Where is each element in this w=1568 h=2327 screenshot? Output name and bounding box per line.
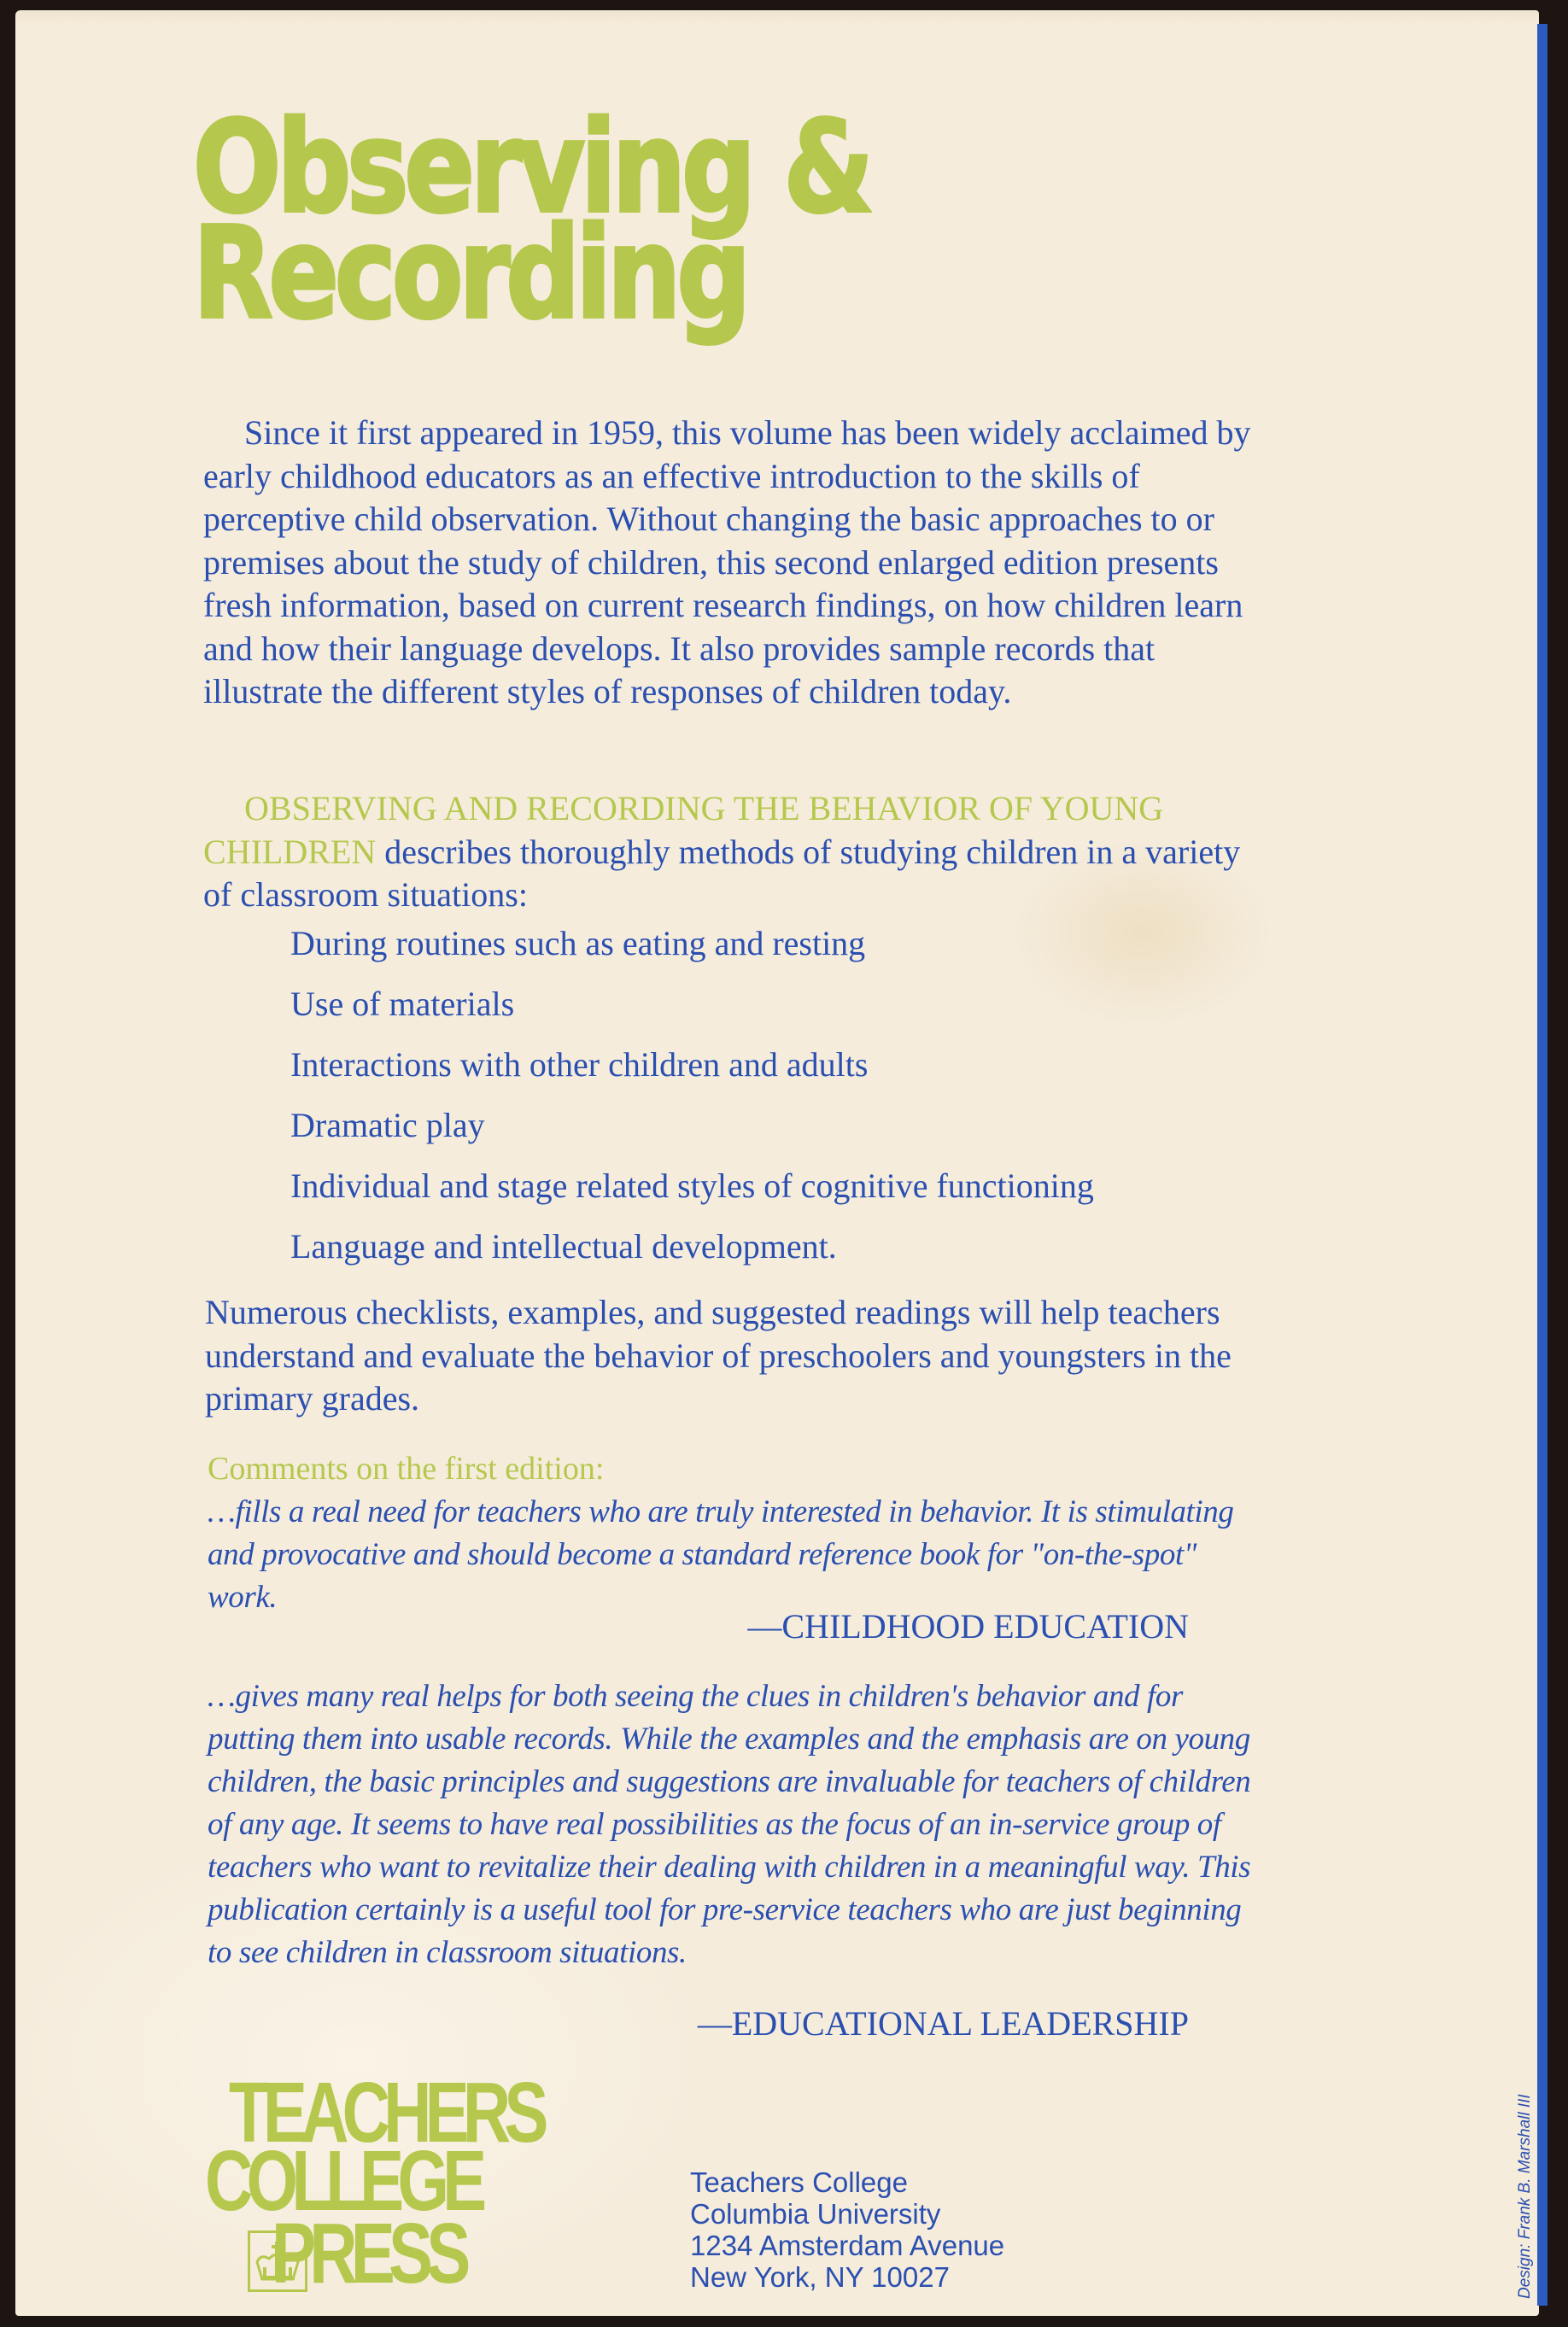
- publisher-logo: TEACHERS COLLEGE PRESS: [205, 2070, 606, 2326]
- design-credit: Design: Frank B. Marshall III: [1516, 2094, 1535, 2299]
- review-source-2: —EDUCATIONAL LEADERSHIP: [698, 2003, 1189, 2043]
- spine-edge: [1537, 24, 1548, 2306]
- address-line: Teachers College: [690, 2166, 1004, 2198]
- address-line: 1234 Amsterdam Avenue: [690, 2230, 1004, 2261]
- list-item: During routines such as eating and resti…: [290, 922, 1230, 983]
- list-item: Dramatic play: [290, 1104, 1230, 1165]
- address-line: Columbia University: [690, 2198, 1004, 2230]
- comments-heading: Comments on the first edition:: [208, 1450, 604, 1488]
- publisher-address: Teachers College Columbia University 123…: [690, 2166, 1004, 2293]
- logo-line-3: PRESS: [272, 2211, 464, 2296]
- review-quote-2: …gives many real helps for both seeing t…: [208, 1675, 1267, 1974]
- situations-list: During routines such as eating and resti…: [290, 922, 1230, 1286]
- address-line: New York, NY 10027: [690, 2261, 1004, 2293]
- list-item: Interactions with other children and adu…: [290, 1044, 1230, 1104]
- methods-paragraph: OBSERVING AND RECORDING THE BEHAVIOR OF …: [203, 787, 1262, 917]
- intro-paragraph: Since it first appeared in 1959, this vo…: [203, 412, 1262, 714]
- review-quote-1: …fills a real need for teachers who are …: [208, 1491, 1267, 1619]
- cover-title: Observing & Recording: [193, 114, 869, 326]
- closing-paragraph: Numerous checklists, examples, and sugge…: [205, 1291, 1264, 1421]
- list-item: Use of materials: [290, 983, 1230, 1044]
- list-item: Language and intellectual development.: [290, 1225, 1230, 1286]
- list-item: Individual and stage related styles of c…: [290, 1165, 1230, 1225]
- review-source-1: —CHILDHOOD EDUCATION: [747, 1606, 1189, 1646]
- book-back-cover: Observing & Recording Since it first app…: [15, 10, 1539, 2316]
